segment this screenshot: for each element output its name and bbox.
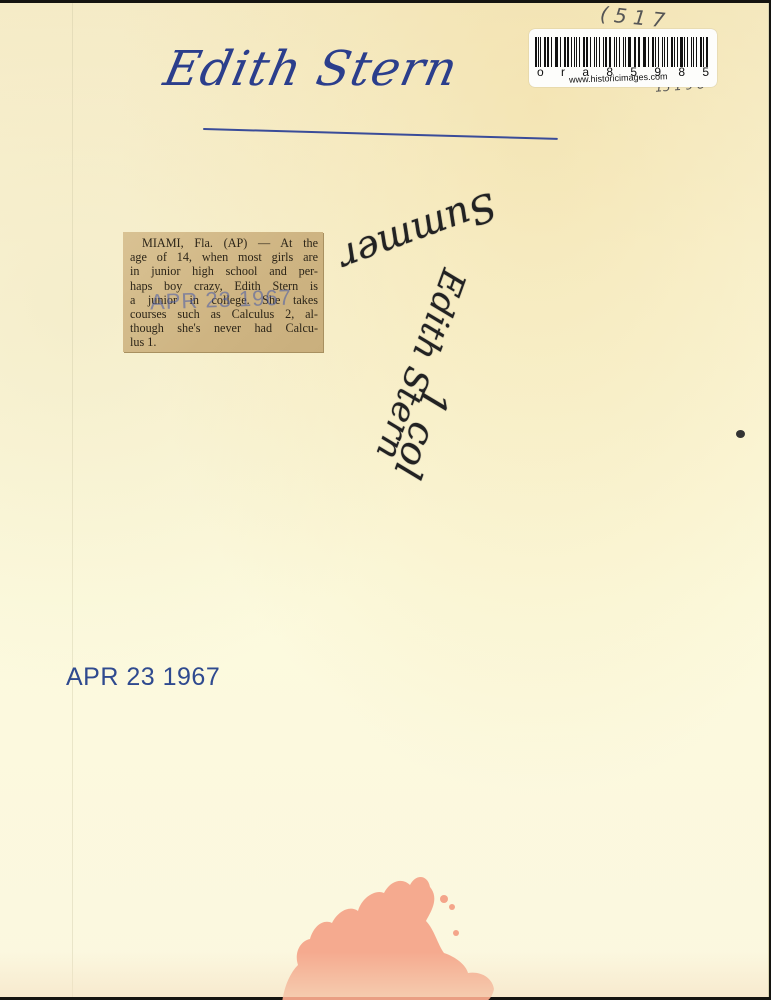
- barcode-digit: o: [537, 65, 544, 79]
- ink-stain: [280, 869, 500, 1000]
- barcode-label: ora85985 www.historicimages.com: [529, 29, 717, 87]
- ink-speck: [736, 430, 745, 438]
- barcode-digit: 5: [702, 65, 709, 79]
- clipping-line: age of 14, when most girls are: [130, 250, 318, 264]
- clipping-line: lus 1.: [130, 335, 318, 349]
- date-stamp: APR 23 1967: [66, 663, 220, 692]
- signature-underline: [203, 128, 558, 140]
- barcode-url: www.historicimages.com: [569, 71, 668, 84]
- barcode-icon: [535, 37, 711, 67]
- clipping-line: in junior high school and per-: [130, 264, 318, 278]
- grease-pencil-summer: Summer: [318, 184, 502, 287]
- barcode-digit: r: [561, 65, 565, 79]
- photo-back-paper: ( 5 1 7 15 1 9 8 Edith Stern ora85985 ww…: [0, 3, 769, 997]
- clipping-date-stamp: APR 23 1967: [150, 285, 293, 316]
- clipping-line: though she's never had Calcu-: [130, 321, 318, 335]
- pencil-note-top: ( 5 1 7: [599, 2, 666, 33]
- clipping-line: MIAMI, Fla. (AP) — At the: [130, 236, 318, 250]
- fold-line: [72, 3, 73, 997]
- barcode-digit: 8: [678, 65, 685, 79]
- handwritten-name: Edith Stern: [159, 41, 463, 97]
